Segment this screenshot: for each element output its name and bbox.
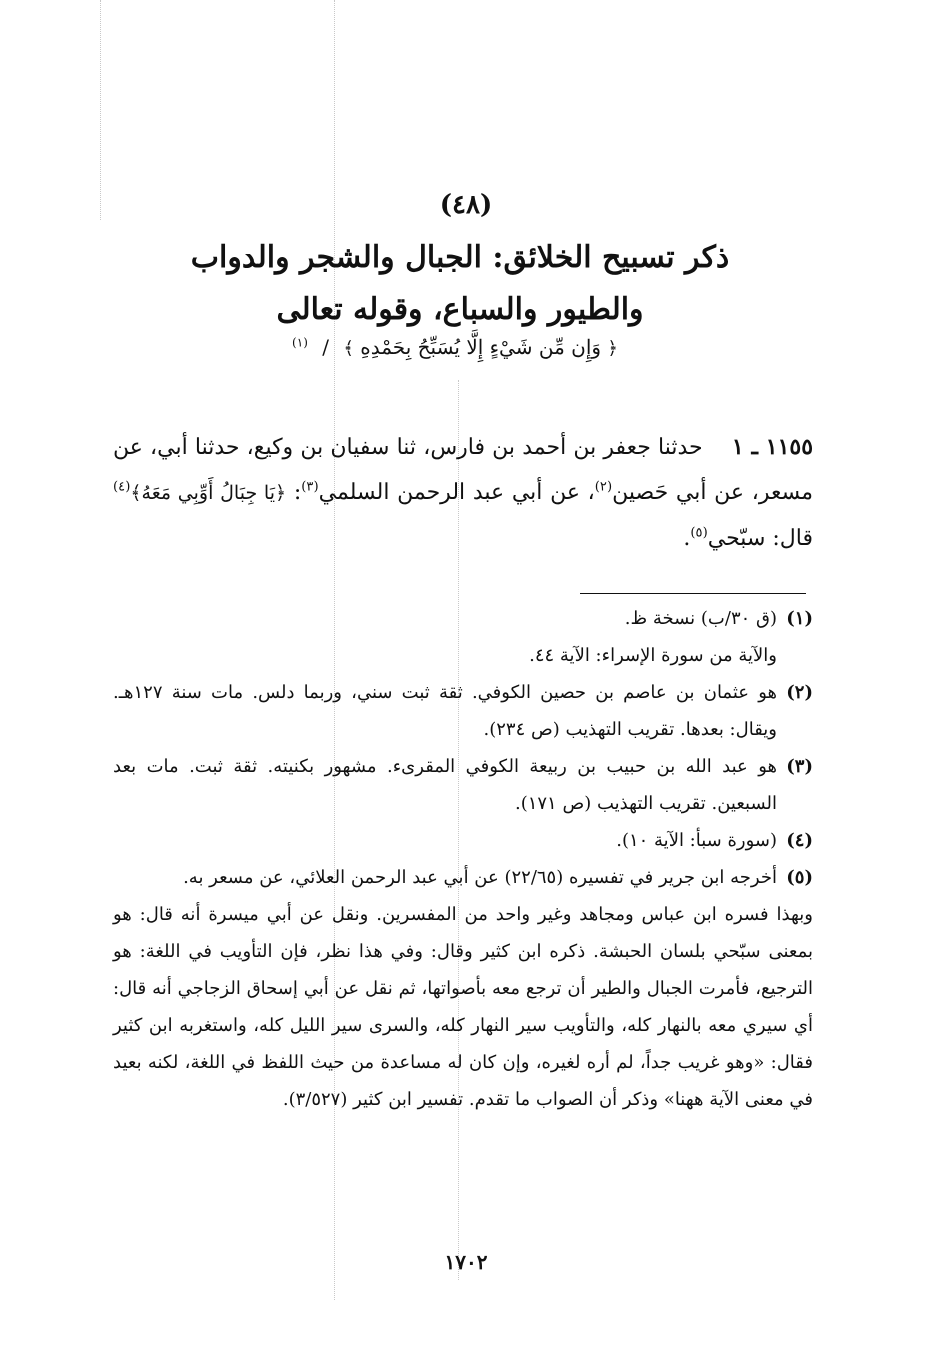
footnote-marker: (٢) [786, 674, 813, 711]
ornate-bracket-close-icon: ﴾ [343, 338, 354, 359]
footnote-commentary: وبهذا فسره ابن عباس ومجاهد وغير واحد من … [113, 896, 813, 1118]
hadith-quran-quote: يَا جِبَالُ أَوِّبِي مَعَهُ [142, 482, 275, 504]
footnote-marker: (٥) [786, 859, 813, 896]
footnote-ref: (٣) [301, 480, 318, 495]
ornate-bracket-open-icon: ﴿ [275, 482, 286, 504]
footnote-3: (٣) هو عبد الله بن حبيب بن ربيعة الكوفي … [113, 748, 813, 822]
footnote-5: (٥) أخرجه ابن جرير في تفسيره (٢٢/٦٥) عن … [113, 859, 813, 896]
footnote-marker: (٣) [786, 748, 813, 785]
book-page: (٤٨) ذكر تسبيح الخلائق: الجبال والشجر وا… [0, 0, 932, 1372]
footnote-text: هو عبد الله بن حبيب بن ربيعة الكوفي المق… [113, 756, 777, 814]
hadith-text: ١١٥٥ ـ ١ حدثنا جعفر بن أحمد بن فارس، ثنا… [113, 425, 813, 561]
footnote-4: (٤) (سورة سبأ: الآية ١٠). [113, 822, 813, 859]
footnote-text: هو عثمان بن عاصم بن حصين الكوفي. ثقة ثبت… [113, 682, 777, 740]
footnotes: (١) (ق ٣٠/ب) نسخة ظ. والآية من سورة الإس… [113, 600, 813, 1118]
scan-artifact [100, 0, 101, 220]
hadith-chain-part-2: ، عن أبي عبد الرحمن السلمي [319, 480, 595, 505]
footnote-marker: (٤) [786, 822, 813, 859]
footnote-marker: (١) [786, 600, 813, 637]
manuscript-separator: / [322, 335, 329, 359]
footnote-text: (ق ٣٠/ب) نسخة ظ. [625, 608, 777, 629]
footnote-ref: (٥) [690, 526, 707, 541]
chapter-title: ذكر تسبيح الخلائق: الجبال والشجر والدواب… [150, 232, 770, 336]
hadith-number: ١١٥٥ ـ ١ [732, 434, 813, 460]
footnote-text: (سورة سبأ: الآية ١٠). [616, 830, 777, 851]
ornate-bracket-close-icon: ﴾ [130, 482, 141, 504]
footnote-separator [580, 593, 806, 594]
footnote-1-continuation: والآية من سورة الإسراء: الآية ٤٤. [113, 637, 813, 674]
footnote-2: (٢) هو عثمان بن عاصم بن حصين الكوفي. ثقة… [113, 674, 813, 748]
footnote-text: أخرجه ابن جرير في تفسيره (٢٢/٦٥) عن أبي … [183, 867, 777, 888]
hadith-matn: قال: سبّحي [708, 526, 813, 551]
chapter-number: (٤٨) [0, 190, 932, 220]
quran-verse: ﴿ وَإِن مِّن شَيْءٍ إِلَّا يُسَبِّحُ بِح… [250, 335, 660, 359]
chapter-title-line-1: ذكر تسبيح الخلائق: الجبال والشجر والدواب [150, 232, 770, 284]
verse-text: وَإِن مِّن شَيْءٍ إِلَّا يُسَبِّحُ بِحَم… [360, 335, 601, 359]
page-number: ١٧٠٢ [0, 1250, 932, 1274]
footnote-1: (١) (ق ٣٠/ب) نسخة ظ. [113, 600, 813, 637]
hadith-chain-part-3: : [286, 480, 301, 505]
footnote-ref: (٢) [595, 480, 612, 495]
chapter-title-line-2: والطيور والسباع، وقوله تعالى [150, 284, 770, 336]
footnote-ref: (٤) [113, 480, 130, 495]
footnote-ref: (١) [292, 335, 308, 349]
ornate-bracket-open-icon: ﴿ [607, 338, 618, 359]
